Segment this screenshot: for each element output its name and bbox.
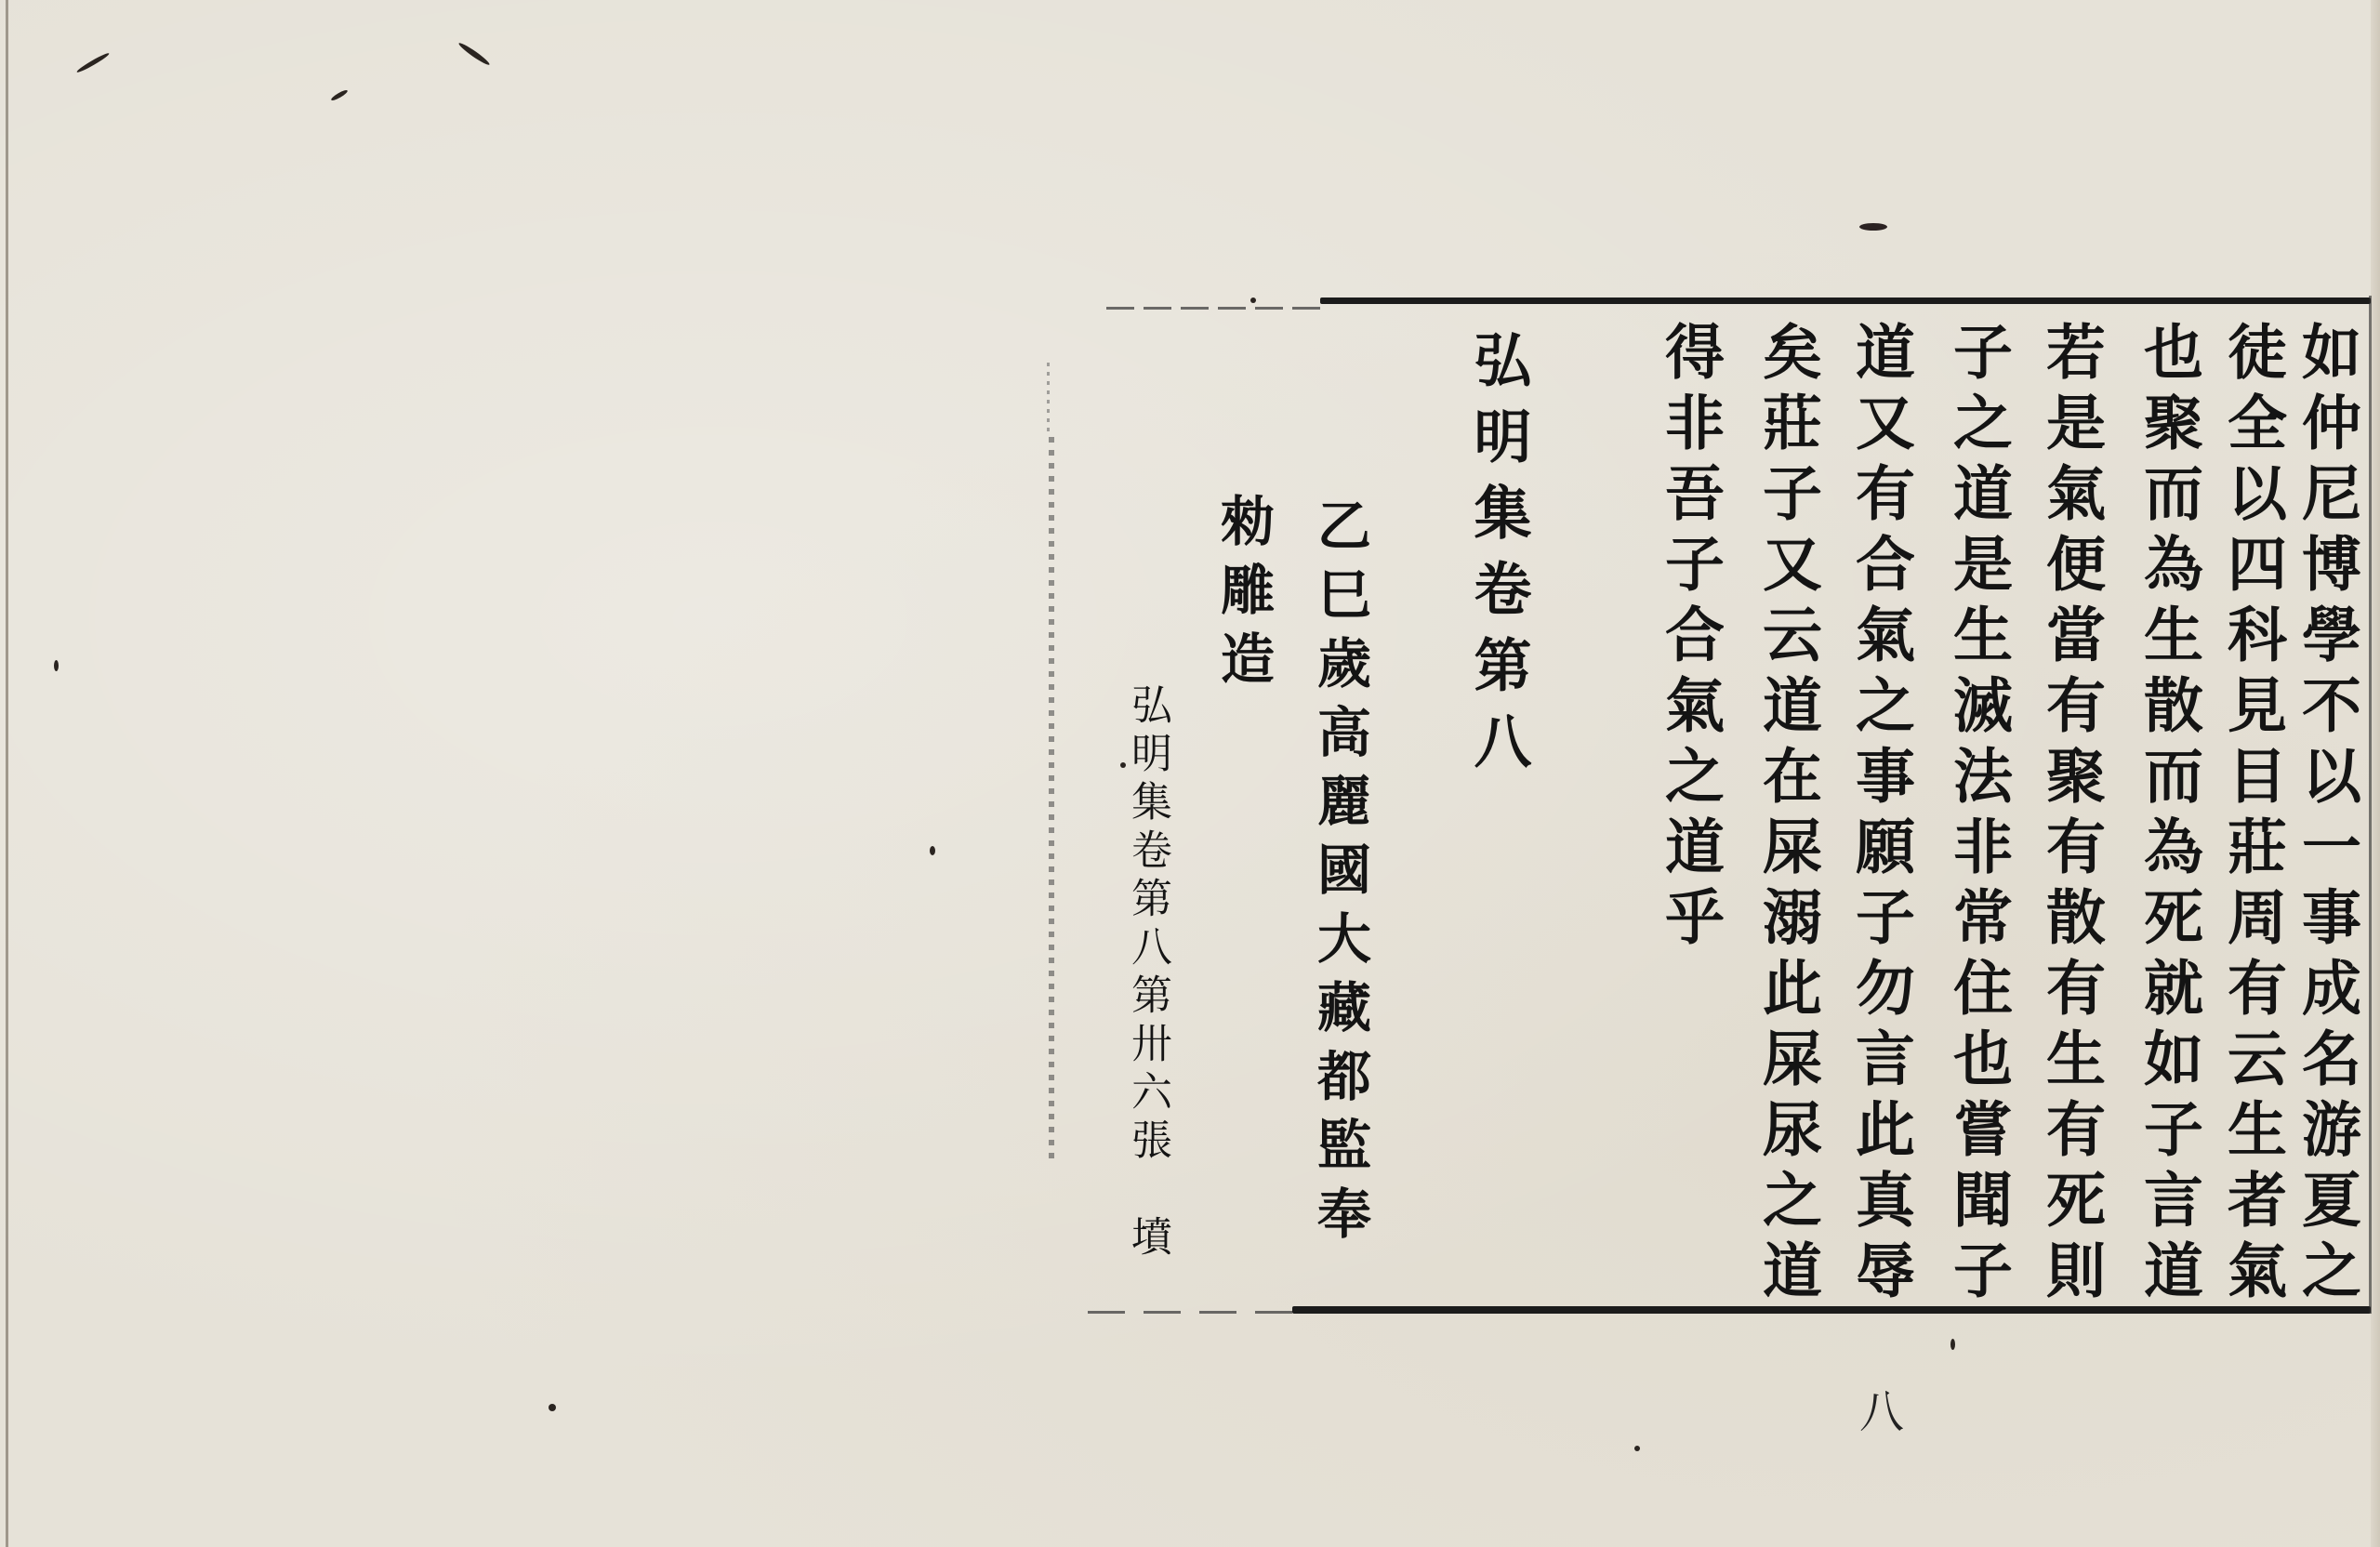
body-column-8: 得非吾子合氣之道乎: [1659, 321, 1719, 957]
paper-fiber: [330, 88, 349, 101]
colophon-line-2: 勑雕造: [1216, 493, 1270, 699]
paper-speck: [1950, 1339, 1955, 1350]
frame-bottom-border-faint: [1088, 1311, 1292, 1314]
body-column-1: 如仲尼博學不以一事成名游夏之: [2296, 321, 2356, 1310]
paper-speck: [1634, 1446, 1640, 1451]
frame-top-border: [1320, 297, 2371, 304]
paper-fiber: [457, 41, 491, 67]
frame-right-border: [2369, 296, 2372, 1314]
body-column-2: 徒全以四科見目莊周有云生者氣: [2222, 321, 2281, 1310]
scanned-page: 如仲尼博學不以一事成名游夏之 徒全以四科見目莊周有云生者氣 也聚而為生散而為死就…: [0, 0, 2380, 1547]
page-right-edge: [2371, 0, 2380, 1547]
fold-line: [1049, 437, 1054, 1162]
paper-speck: [930, 846, 935, 855]
body-column-6: 道又有合氣之事願子勿言此真辱: [1850, 321, 1910, 1310]
paper-speck: [549, 1404, 556, 1411]
paper-fiber: [75, 51, 110, 73]
paper-speck: [1250, 297, 1256, 303]
bottom-margin-mark: 八: [1859, 1376, 1904, 1440]
body-column-5: 子之道是生滅法非常住也嘗聞子: [1948, 321, 2007, 1310]
body-column-4: 若是氣便當有聚有散有生有死則: [2041, 321, 2100, 1310]
frame-bottom-border: [1292, 1306, 2371, 1314]
margin-page-label: 弘明集卷第八第卅六張 墳: [1127, 683, 1168, 1263]
volume-title: 弘明集卷第八: [1469, 330, 1527, 787]
body-column-7: 矣莊子又云道在屎溺此屎尿之道: [1757, 321, 1817, 1310]
colophon-line-1: 乙巳歲高麗國大藏都監奉: [1313, 497, 1367, 1254]
frame-top-border-faint: [1106, 307, 1320, 310]
top-ink-mark: [1859, 223, 1887, 231]
paper-speck: [54, 660, 59, 671]
fold-line-upper: [1047, 363, 1050, 437]
paper-speck: [1120, 762, 1126, 768]
body-column-3: 也聚而為生散而為死就如子言道: [2138, 321, 2198, 1310]
page-left-edge: [6, 0, 8, 1547]
